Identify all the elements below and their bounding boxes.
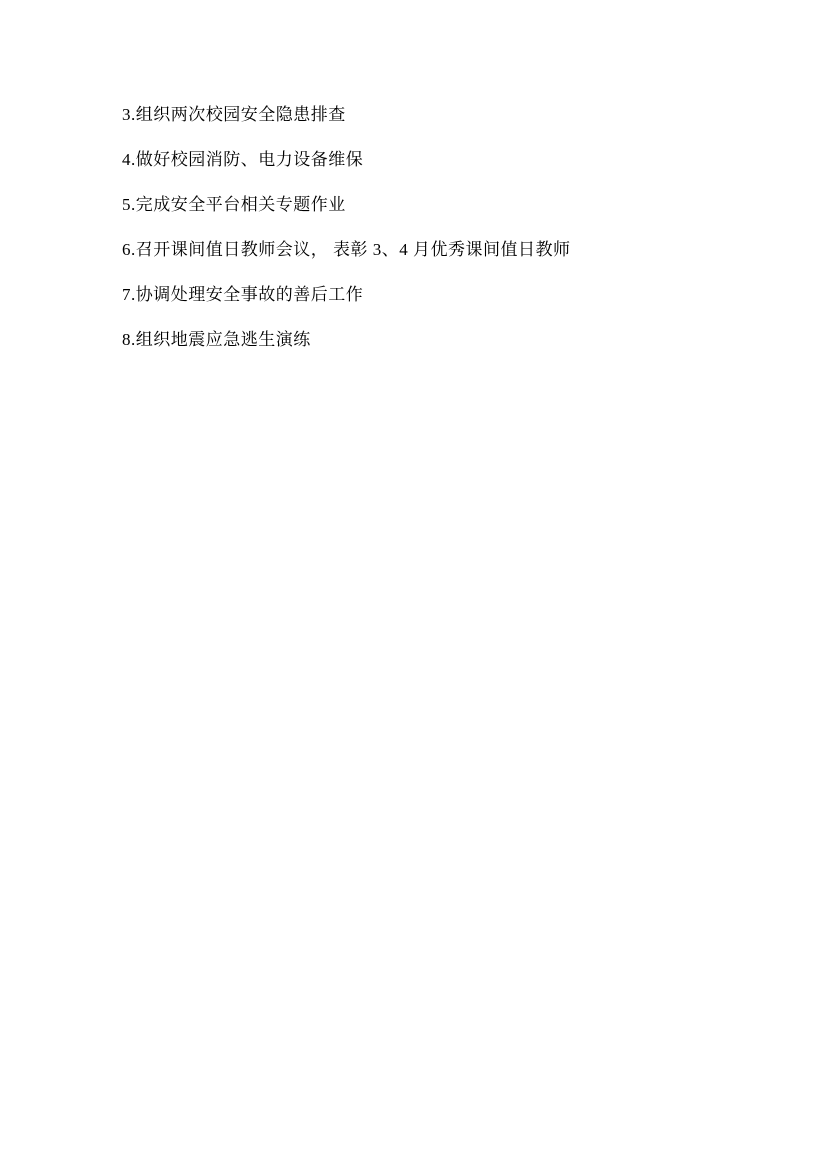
list-item: 4.做好校园消防、电力设备维保: [122, 149, 747, 170]
document-page: 3.组织两次校园安全隐患排查 4.做好校园消防、电力设备维保 5.完成安全平台相…: [0, 0, 827, 1170]
list-item: 3.组织两次校园安全隐患排查: [122, 104, 747, 125]
list-item: 8.组织地震应急逃生演练: [122, 329, 747, 350]
list-item: 6.召开课间值日教师会议， 表彰 3、4 月优秀课间值日教师: [122, 239, 747, 260]
list-item: 5.完成安全平台相关专题作业: [122, 194, 747, 215]
list-item: 7.协调处理安全事故的善后工作: [122, 284, 747, 305]
task-list: 3.组织两次校园安全隐患排查 4.做好校园消防、电力设备维保 5.完成安全平台相…: [122, 104, 747, 374]
